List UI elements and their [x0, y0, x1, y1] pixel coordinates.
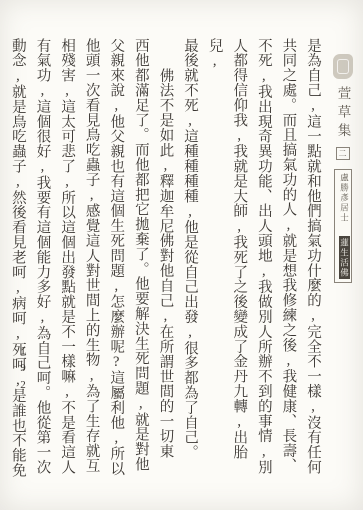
- text-column: 共同之處。而且搞氣功的人,就是想我修練之後,我健康、長壽、: [276, 38, 301, 482]
- book-page: 萱草集 二 盧勝彥居士 蓮生活佛 是為自己,這一點就和他們搞氣功什麼的,完全不一…: [0, 0, 363, 510]
- text-column: 父親來說,他父親也有這個生死問題,怎麼辦呢?這屬利他,所以: [104, 38, 129, 482]
- author-label: 盧勝彥居士: [340, 173, 350, 223]
- book-title: 萱草集: [333, 86, 353, 142]
- text-column: 人都得信仰我,我就是大師,我死了之後變成了金丹九轉,出胎兒,: [202, 38, 251, 482]
- text-column: 不死,我出現奇異功能、出人頭地,我做別人所辦不到的事情,別: [251, 38, 276, 482]
- text-column: 最後就不死,這種種種種,他是從自己出發,很多都為了自己。: [177, 38, 202, 482]
- header-column: 萱草集 二 盧勝彥居士 蓮生活佛: [329, 54, 356, 283]
- body-text: 是為自己,這一點就和他們搞氣功什麼的,完全不一樣,沒有任何共同之處。而且搞氣功的…: [29, 38, 325, 482]
- text-column: 是為自己,這一點就和他們搞氣功什麼的,完全不一樣,沒有任何: [300, 38, 325, 482]
- text-column: 相殘害,這太可悲了,所以這個出發點就是不一樣嘛,不是看這人: [54, 38, 79, 482]
- text-column: 動念,就是鳥吃蟲子,然後看見老呵,病呵,死呵,是誰也不能免: [5, 38, 30, 482]
- author-label-box: 盧勝彥居士 蓮生活佛: [334, 169, 352, 284]
- publisher-seal-icon: [333, 54, 353, 79]
- text-column: 有氣功,這個很好,我要有這個能力多好,為自己呵。他從第一次: [30, 38, 55, 482]
- text-column: 西他都滿足了。而他都把它拋棄了。他要解決生死問題,就是對他: [128, 38, 153, 482]
- text-column: 他頭一次看見鳥吃蟲子,感覺這人對世間上的生物,為了生存就互: [79, 38, 104, 482]
- page-number: 192: [17, 345, 29, 396]
- text-column: 佛法不是如此,釋迦牟尼佛對他自己,在所謂世間的一切東: [153, 38, 178, 510]
- volume-mark: 二: [336, 147, 350, 160]
- series-label: 蓮生活佛: [339, 236, 350, 279]
